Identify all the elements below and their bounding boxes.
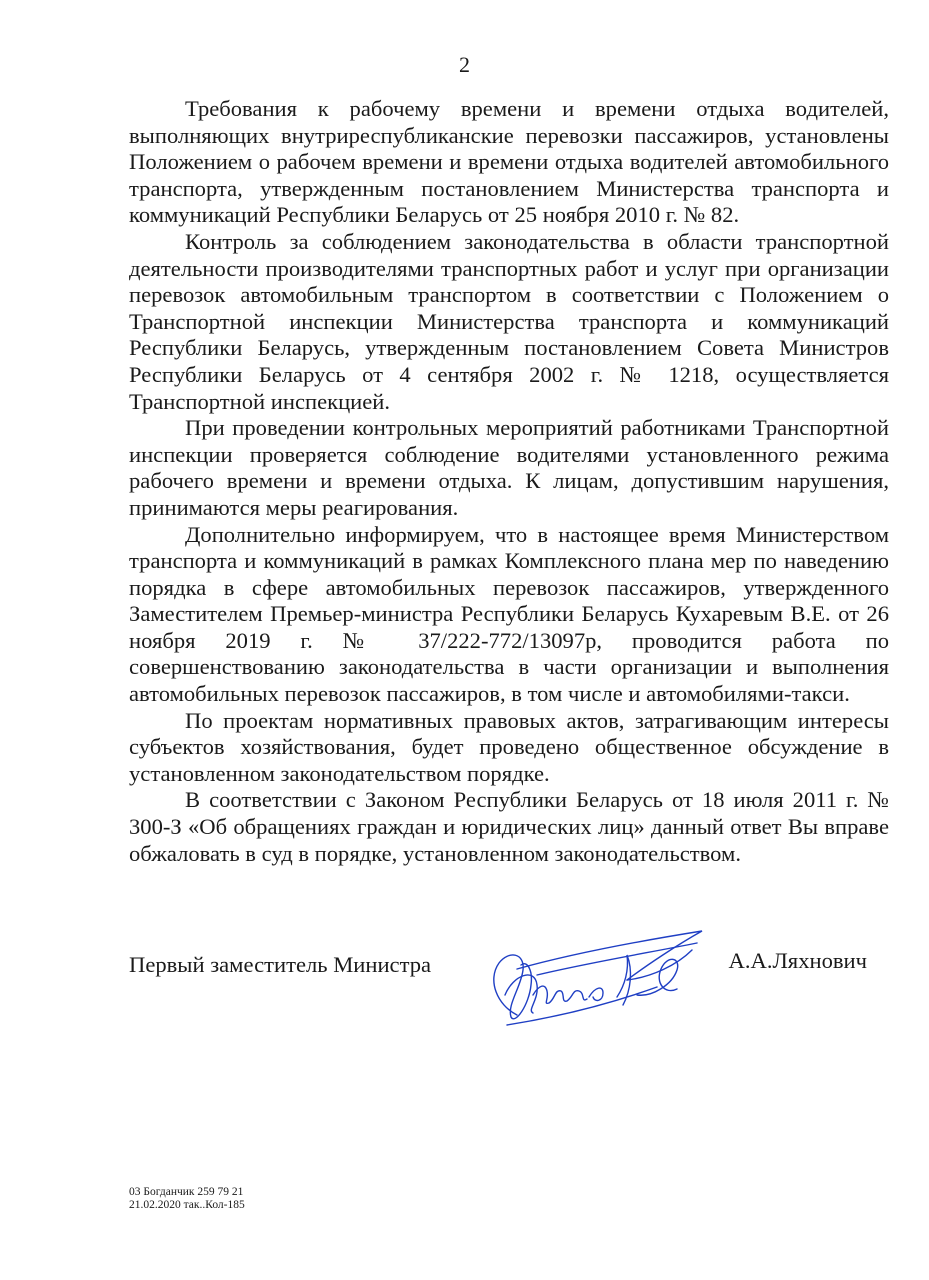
document-registration: 21.02.2020 так..Кол-185 <box>129 1199 245 1212</box>
paragraph-appeal-rights: В соответствии с Законом Республики Бела… <box>129 787 889 867</box>
paragraph-legislation-improvement: Дополнительно информируем, что в настоящ… <box>129 522 889 708</box>
paragraph-public-discussion: По проектам нормативных правовых актов, … <box>129 708 889 788</box>
letter-body: Требования к рабочему времени и времени … <box>129 96 889 867</box>
signatory-title: Первый заместитель Министра <box>129 952 431 978</box>
handwritten-signature-icon <box>477 925 707 1030</box>
page-number: 2 <box>0 52 929 78</box>
paragraph-inspection-measures: При проведении контрольных мероприятий р… <box>129 415 889 521</box>
paragraph-transport-inspection-control: Контроль за соблюдением законодательства… <box>129 229 889 415</box>
signature-block: Первый заместитель Министра А.А.Ляхнович <box>129 925 889 1035</box>
signatory-name: А.А.Ляхнович <box>729 948 867 974</box>
paragraph-working-time-requirements: Требования к рабочему времени и времени … <box>129 96 889 229</box>
executor-footer: 03 Богданчик 259 79 21 21.02.2020 так..К… <box>129 1186 245 1212</box>
document-page: 2 Требования к рабочему времени и времен… <box>0 0 929 1280</box>
executor-contact: 03 Богданчик 259 79 21 <box>129 1186 245 1199</box>
